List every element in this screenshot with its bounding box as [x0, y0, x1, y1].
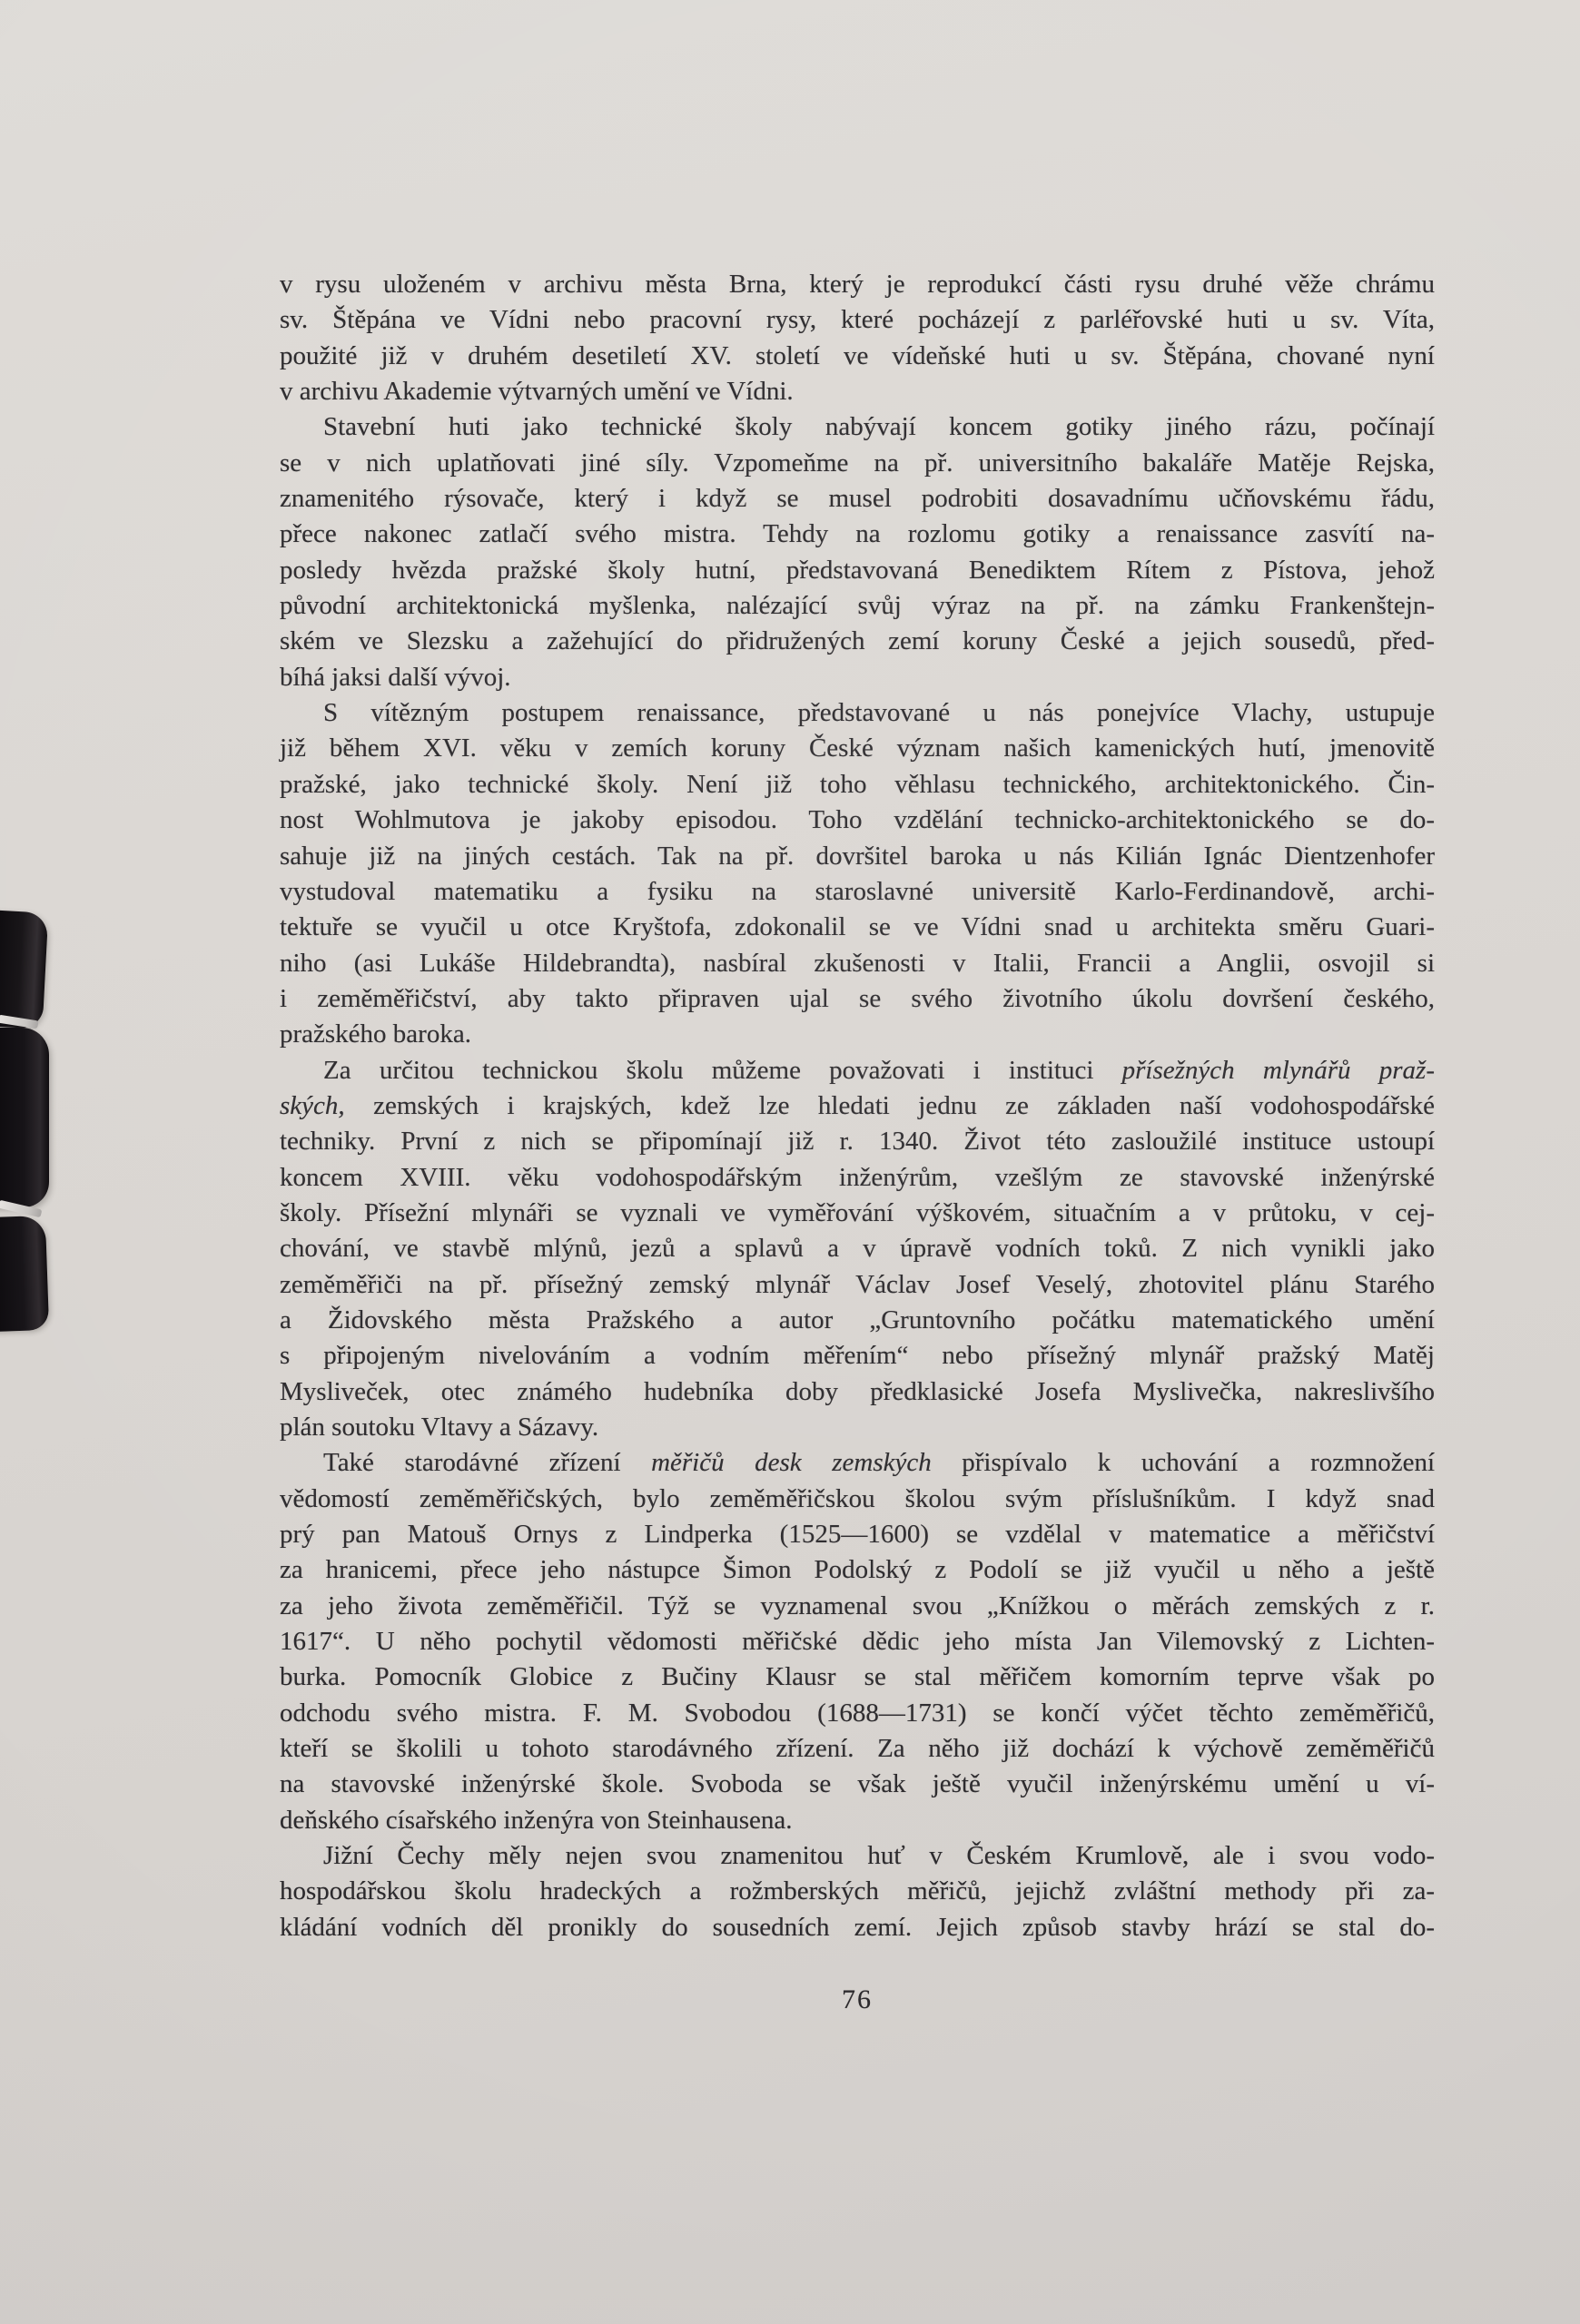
text-run: se v nich uplatňovati jiné síly. Vzpomeň…	[280, 448, 1435, 478]
text-run: Za určitou technickou školu můžeme považ…	[323, 1056, 1122, 1085]
text-run: Mysliveček, otec známého hudebníka doby …	[280, 1377, 1435, 1406]
text-run: ském ve Slezsku a zažehující do přidruže…	[280, 626, 1435, 655]
text-line: hospodářskou školu hradeckých a rožmbers…	[280, 1874, 1435, 1909]
text-run: sahuje již na jiných cestách. Tak na př.…	[280, 842, 1435, 871]
text-line: koncem XVIII. věku vodohospodářským inže…	[280, 1160, 1435, 1196]
text-run: nost Wohlmutova je jakoby episodou. Toho…	[280, 805, 1435, 834]
text-line: původní architektonická myšlenka, naléza…	[280, 588, 1435, 624]
page-number: 76	[280, 1984, 1435, 2015]
text-block: v rysu uloženém v archivu města Brna, kt…	[280, 267, 1435, 1945]
text-line: odchodu svého mistra. F. M. Svobodou (16…	[280, 1696, 1435, 1731]
text-line: burka. Pomocník Globice z Bučiny Klausr …	[280, 1659, 1435, 1695]
text-run: sv. Štěpána ve Vídni nebo pracovní rysy,…	[280, 305, 1435, 334]
text-run: v rysu uloženém v archivu města Brna, kt…	[280, 270, 1435, 299]
text-run: vědomostí zeměměřičských, bylo zeměměřič…	[280, 1484, 1435, 1513]
text-line: Jižní Čechy měly nejen svou znamenitou h…	[280, 1838, 1435, 1874]
text-line: sahuje již na jiných cestách. Tak na př.…	[280, 839, 1435, 874]
text-line: nost Wohlmutova je jakoby episodou. Toho…	[280, 803, 1435, 838]
text-run: přece nakonec zatlačí svého mistra. Tehd…	[280, 519, 1435, 548]
text-run: původní architektonická myšlenka, naléza…	[280, 591, 1435, 620]
text-run: prý pan Matouš Ornys z Lindperka (1525—1…	[280, 1520, 1435, 1549]
text-line: pražské, jako technické školy. Není již …	[280, 767, 1435, 803]
text-line: školy. Přísežní mlynáři se vyznali ve vy…	[280, 1196, 1435, 1231]
text-line: deňského císařského inženýra von Steinha…	[280, 1803, 1435, 1838]
text-run: Stavební huti jako technické školy nabýv…	[323, 412, 1435, 441]
text-line: ských, zemských i krajských, kdež lze hl…	[280, 1088, 1435, 1124]
text-line: vystudoval matematiku a fysiku na staros…	[280, 874, 1435, 910]
text-run: na stavovské inženýrské škole. Svoboda s…	[280, 1769, 1435, 1798]
binder-clip-top	[0, 910, 48, 1029]
text-line: prý pan Matouš Ornys z Lindperka (1525—1…	[280, 1517, 1435, 1552]
text-run: školy. Přísežní mlynáři se vyznali ve vy…	[280, 1198, 1435, 1227]
text-line: kládání vodních děl pronikly do sousední…	[280, 1910, 1435, 1945]
text-line: posledy hvězda pražské školy hutní, před…	[280, 553, 1435, 588]
text-line: za hranicemi, přece jeho nástupce Šimon …	[280, 1552, 1435, 1588]
text-line: na stavovské inženýrské škole. Svoboda s…	[280, 1767, 1435, 1802]
text-run: hospodářskou školu hradeckých a rožmbers…	[280, 1876, 1435, 1905]
text-line: přece nakonec zatlačí svého mistra. Tehd…	[280, 517, 1435, 552]
text-run: pražské, jako technické školy. Není již …	[280, 770, 1435, 799]
text-line: niho (asi Lukáše Hildebrandta), nasbíral…	[280, 946, 1435, 981]
text-line: 1617“. U něho pochytil vědomosti měřičsk…	[280, 1624, 1435, 1659]
book-page: v rysu uloženém v archivu města Brna, kt…	[0, 0, 1580, 2324]
text-run: kládání vodních děl pronikly do sousední…	[280, 1913, 1435, 1942]
binder-clip-middle	[0, 1028, 49, 1207]
text-line: znamenitého rýsovače, který i když se mu…	[280, 481, 1435, 517]
italic-text-run: ských,	[280, 1091, 345, 1120]
text-run: za hranicemi, přece jeho nástupce Šimon …	[280, 1555, 1435, 1584]
text-run: a Židovského města Pražského a autor „Gr…	[280, 1305, 1435, 1334]
text-line: sv. Štěpána ve Vídni nebo pracovní rysy,…	[280, 302, 1435, 338]
text-line: v archivu Akademie výtvarných umění ve V…	[280, 374, 1435, 409]
text-line: Stavební huti jako technické školy nabýv…	[280, 409, 1435, 445]
text-line: pražského baroka.	[280, 1017, 1435, 1052]
text-line: kteří se školili u tohoto starodávného z…	[280, 1731, 1435, 1767]
italic-text-run: měřičů desk zemských	[651, 1448, 932, 1477]
text-line: techniky. První z nich se připomínají ji…	[280, 1124, 1435, 1159]
text-line: i zeměměřičství, aby takto připraven uja…	[280, 981, 1435, 1017]
text-run: použité již v druhém desetiletí XV. stol…	[280, 341, 1435, 370]
text-run: bíhá jaksi další vývoj.	[280, 663, 511, 692]
text-line: plán soutoku Vltavy a Sázavy.	[280, 1410, 1435, 1445]
text-run: v archivu Akademie výtvarných umění ve V…	[280, 377, 794, 406]
text-run: 1617“. U něho pochytil vědomosti měřičsk…	[280, 1627, 1435, 1656]
text-run: i zeměměřičství, aby takto připraven uja…	[280, 984, 1435, 1013]
text-line: Za určitou technickou školu můžeme považ…	[280, 1053, 1435, 1088]
text-run: S vítězným postupem renaissance, předsta…	[323, 698, 1435, 727]
text-line: v rysu uloženém v archivu města Brna, kt…	[280, 267, 1435, 302]
text-run: koncem XVIII. věku vodohospodářským inže…	[280, 1163, 1435, 1192]
text-line: Mysliveček, otec známého hudebníka doby …	[280, 1374, 1435, 1410]
text-run: zeměměřiči na př. přísežný zemský mlynář…	[280, 1270, 1435, 1299]
text-run: odchodu svého mistra. F. M. Svobodou (16…	[280, 1699, 1435, 1728]
text-line: a Židovského města Pražského a autor „Gr…	[280, 1303, 1435, 1338]
text-run: znamenitého rýsovače, který i když se mu…	[280, 484, 1435, 513]
text-line: vědomostí zeměměřičských, bylo zeměměřič…	[280, 1482, 1435, 1517]
text-line: již během XVI. věku v zemích koruny Česk…	[280, 731, 1435, 766]
text-run: burka. Pomocník Globice z Bučiny Klausr …	[280, 1662, 1435, 1691]
text-line: ském ve Slezsku a zažehující do přidruže…	[280, 624, 1435, 659]
text-line: se v nich uplatňovati jiné síly. Vzpomeň…	[280, 446, 1435, 481]
text-line: použité již v druhém desetiletí XV. stol…	[280, 339, 1435, 374]
text-run: techniky. První z nich se připomínají ji…	[280, 1127, 1435, 1156]
text-run: Jižní Čechy měly nejen svou znamenitou h…	[323, 1841, 1435, 1870]
text-run: již během XVI. věku v zemích koruny Česk…	[280, 734, 1435, 763]
text-run: pražského baroka.	[280, 1019, 471, 1049]
text-run: s připojeným nivelováním a vodním měření…	[280, 1341, 1435, 1370]
text-run: přispívalo k uchování a rozmnožení	[932, 1448, 1435, 1477]
text-line: tektuře se vyučil u otce Kryštofa, zdoko…	[280, 910, 1435, 945]
text-run: vystudoval matematiku a fysiku na staros…	[280, 877, 1435, 906]
text-run: za jeho života zeměměřičil. Týž se vyzna…	[280, 1591, 1435, 1620]
text-run: Také starodávné zřízení	[323, 1448, 651, 1477]
text-line: s připojeným nivelováním a vodním měření…	[280, 1338, 1435, 1374]
text-run: chování, ve stavbě mlýnů, jezů a splavů …	[280, 1234, 1435, 1263]
italic-text-run: přísežných mlynářů praž-	[1122, 1056, 1435, 1085]
text-line: chování, ve stavbě mlýnů, jezů a splavů …	[280, 1231, 1435, 1266]
text-run: kteří se školili u tohoto starodávného z…	[280, 1734, 1435, 1763]
text-run: posledy hvězda pražské školy hutní, před…	[280, 556, 1435, 585]
binder-clip-bottom	[0, 1216, 49, 1332]
text-run: tektuře se vyučil u otce Kryštofa, zdoko…	[280, 912, 1435, 941]
text-line: zeměměřiči na př. přísežný zemský mlynář…	[280, 1267, 1435, 1303]
text-line: bíhá jaksi další vývoj.	[280, 660, 1435, 695]
text-run: plán soutoku Vltavy a Sázavy.	[280, 1413, 598, 1442]
text-run: deňského císařského inženýra von Steinha…	[280, 1806, 793, 1835]
text-line: S vítězným postupem renaissance, předsta…	[280, 695, 1435, 731]
text-run: zemských i krajských, kdež lze hledati j…	[345, 1091, 1435, 1120]
text-line: za jeho života zeměměřičil. Týž se vyzna…	[280, 1589, 1435, 1624]
text-run: niho (asi Lukáše Hildebrandta), nasbíral…	[280, 949, 1435, 978]
text-line: Také starodávné zřízení měřičů desk zems…	[280, 1445, 1435, 1481]
